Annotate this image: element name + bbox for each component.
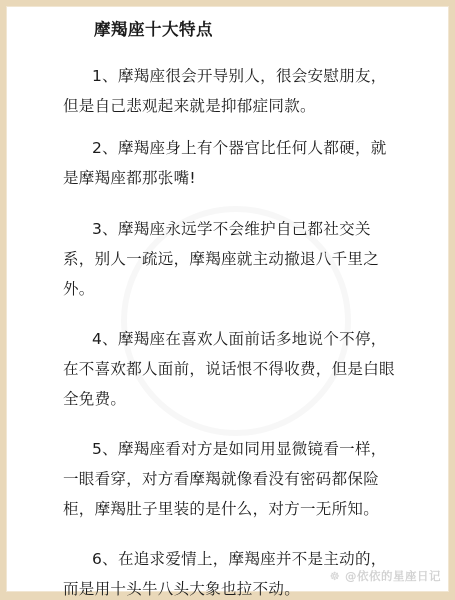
paragraph-2: 2、摩羯座身上有个器官比任何人都硬，就是摩羯座都那张嘴! [63, 133, 398, 193]
author-watermark: ☸ @依依的星座日记 [330, 568, 441, 584]
page-frame: 摩羯座十大特点 1、摩羯座很会开导别人，很会安慰朋友，但是自己悲观起来就是抑郁症… [0, 0, 455, 600]
paragraph-3: 3、摩羯座永远学不会维护自己都社交关系，别人一疏远，摩羯座就主动撤退八千里之外。 [63, 214, 398, 304]
watermark-text: @依依的星座日记 [345, 569, 441, 583]
paragraph-1: 1、摩羯座很会开导别人，很会安慰朋友，但是自己悲观起来就是抑郁症同款。 [63, 61, 398, 121]
paragraph-4: 4、摩羯座在喜欢人面前话多地说个不停，在不喜欢都人面前，说话恨不得收费，但是白眼… [63, 324, 398, 414]
watermark-logo-icon: ☸ [330, 569, 341, 583]
document-title: 摩羯座十大特点 [94, 16, 213, 40]
document-paper: 摩羯座十大特点 1、摩羯座很会开导别人，很会安慰朋友，但是自己悲观起来就是抑郁症… [6, 6, 449, 592]
paragraph-5: 5、摩羯座看对方是如同用显微镜看一样，一眼看穿，对方看摩羯就像看没有密码都保险柜… [63, 434, 398, 524]
